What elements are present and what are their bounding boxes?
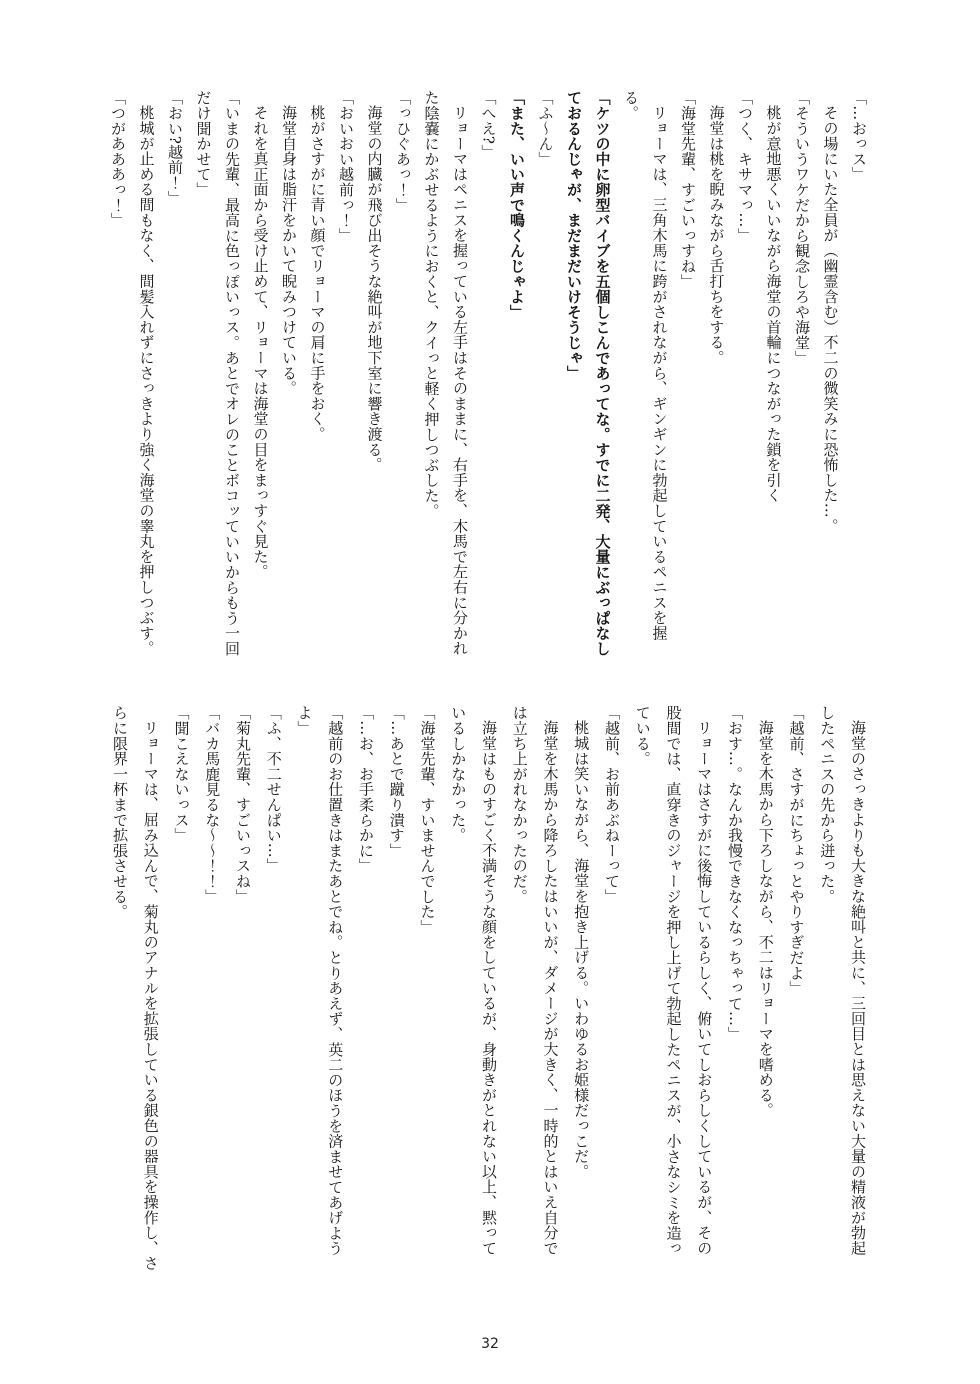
text-column: その場にいた全員が（幽霊含む）不二の微笑みに恐怖した…。 [816,90,845,690]
text-column: 「つく、キサマっ…」 [731,90,760,690]
text-column: 股間では、直穿きのジャージを押し上げて勃起したペニスが、小さなシミを造っ [658,705,689,1295]
text-column: 「菊丸先輩、すごいっスね」 [227,705,258,1295]
text-column: は立ち上がれなかったのだ。 [504,705,535,1295]
text-column: 「いまの先輩、最高に色っぽいっス。あとでオレのことボコッていいからもう一回 [218,90,247,690]
text-column: 「そういうワケだから観念しろや海堂」 [788,90,817,690]
text-column: だけ聞かせて」 [189,90,218,690]
text-column: 「聞こえないっス」 [166,705,197,1295]
text-column: 「越前のお仕置きはまたあとでね。とりあえず、英二のほうを済ませてあげよう [320,705,351,1295]
text-column: 「へえ?」 [474,90,503,690]
text-column: 海堂を木馬から降ろしたはいいが、ダメージが大きく、一時的とはいえ自分で [535,705,566,1295]
text-column: 海堂のさっきよりも大きな絶叫と共に、三回目とは思えない大量の精液が勃起 [842,705,873,1295]
text-column: 「ふ、不二せんぱい…」 [258,705,289,1295]
text-column: 桃城は笑いながら、海堂を抱き上げる。いわゆるお姫様だっこだ。 [566,705,597,1295]
text-column: それを真正面から受け止めて、リョーマは海堂の目をまっすぐ見た。 [246,90,275,690]
text-column: た陰嚢にかぶせるようにおくと、クイっと軽く押しつぶした。 [417,90,446,690]
text-column: よ」 [289,705,320,1295]
text-column: 「…お、お手柔らかに」 [350,705,381,1295]
text-column: 「また、いい声で鳴くんじゃよ」 [503,90,532,690]
text-column: 「越前、さすがにちょっとやりすぎだよ」 [781,705,812,1295]
text-column: 「ケツの中に卵型バイブを五個しこんであってな。すでに二発、大量にぶっぱなし [588,90,617,690]
text-column: 「海堂先輩、すいませんでした」 [412,705,443,1295]
text-column: 「越前、お前あぶねーって」 [596,705,627,1295]
text-column: 桃がさすがに青い顔でリョーマの肩に手をおく。 [303,90,332,690]
text-column: 「バカ馬鹿見るな〜〜！！」 [197,705,228,1295]
text-column: リョーマはさすがに後悔しているらしく、俯いてしおらしくしているが、その [689,705,720,1295]
text-column: リョーマは、三角木馬に跨がされながら、ギンギンに勃起しているペニスを握 [645,90,674,690]
text-column: 「…おっス」 [845,90,874,690]
text-column: 「…あとで蹴り潰す」 [381,705,412,1295]
text-column: リョーマはペニスを握っている左手はそのままに、右手を、木馬で左右に分かれ [446,90,475,690]
text-column: 桃が意地悪くいいながら海堂の首輪につながった鎖を引く [759,90,788,690]
text-column: いるしかなかった。 [443,705,474,1295]
text-column: 「おいおい越前っ！」 [332,90,361,690]
text-column: リョーマは、屈み込んで、菊丸のアナルを拡張している銀色の器具を操作し、さ [135,705,166,1295]
top-text-block: 「…おっス」その場にいた全員が（幽霊含む）不二の微笑みに恐怖した…。「そういうワ… [104,90,874,690]
text-column: 「ふ〜ん」 [531,90,560,690]
text-column: 海堂は桃を睨みながら舌打ちをする。 [702,90,731,690]
text-column: 海堂自身は脂汗をかいて睨みつけている。 [275,90,304,690]
text-column: 「つがあああっ！」 [104,90,133,690]
text-column: 「っひぐあっ！」 [389,90,418,690]
text-column: る。 [617,90,646,690]
text-column: 桃城が止める間もなく、間髪入れずにさっきより強く海堂の睾丸を押しつぶす。 [132,90,161,690]
document-page: { "page": { "number": "32", "background_… [0,0,980,1384]
text-column: 海堂の内臓が飛び出そうな絶叫が地下室に響き渡る。 [360,90,389,690]
text-column: 海堂はものすごく不満そうな顔をしているが、身動きがとれない以上、黙って [473,705,504,1295]
bottom-text-block: 海堂のさっきよりも大きな絶叫と共に、三回目とは思えない大量の精液が勃起したペニス… [104,705,873,1295]
text-column: らに限界一杯まで拡張させる。 [104,705,135,1295]
text-column: ている。 [627,705,658,1295]
text-column: したペニスの先から迸った。 [812,705,843,1295]
text-column: ておるんじゃが、まだまだいけそうじゃ」 [560,90,589,690]
text-column: 「海堂先輩、すごいっすね」 [674,90,703,690]
page-number: 32 [0,1336,980,1352]
text-column: 「おす…。なんか我慢できなくなっちゃって…」 [719,705,750,1295]
text-column: 「おい?越前！」 [161,90,190,690]
text-column: 海堂を木馬から下ろしながら、不二はリョーマを嗜める。 [750,705,781,1295]
